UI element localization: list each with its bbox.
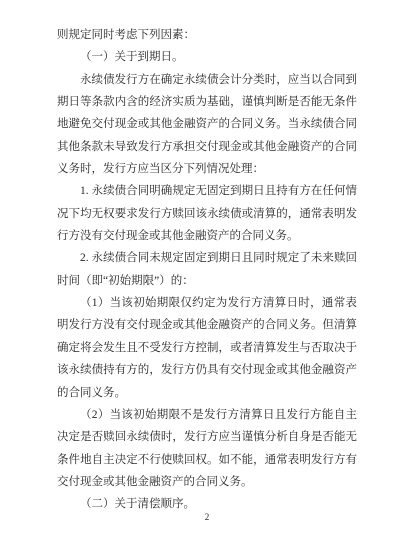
paragraph-item-1: 1. 永续债合同明确规定无固定到期日且持有方在任何情况下均无权要求发行方赎回该永…	[57, 180, 357, 247]
document-text-block: 则规定同时考虑下列因素： （一）关于到期日。 永续债发行方在确定永续债会计分类时…	[57, 24, 357, 516]
paragraph-subitem-1: （1）当该初始期限仅约定为发行方清算日时，通常表明发行方没有交付现金或其他金融资…	[57, 292, 357, 404]
paragraph-body-1: 永续债发行方在确定永续债会计分类时，应当以合同到期日等条款内含的经济实质为基础，…	[57, 69, 357, 181]
paragraph-continuation: 则规定同时考虑下列因素：	[57, 24, 357, 46]
paragraph-heading-1: （一）关于到期日。	[57, 46, 357, 68]
page-number: 2	[0, 512, 414, 523]
paragraph-item-2: 2. 永续债合同未规定固定到期日且同时规定了未来赎回时间（即“初始期限”）的：	[57, 247, 357, 292]
paragraph-subitem-2: （2）当该初始期限不是发行方清算日且发行方能自主决定是否赎回永续债时，发行方应当…	[57, 404, 357, 493]
document-page: 则规定同时考虑下列因素： （一）关于到期日。 永续债发行方在确定永续债会计分类时…	[0, 0, 414, 553]
